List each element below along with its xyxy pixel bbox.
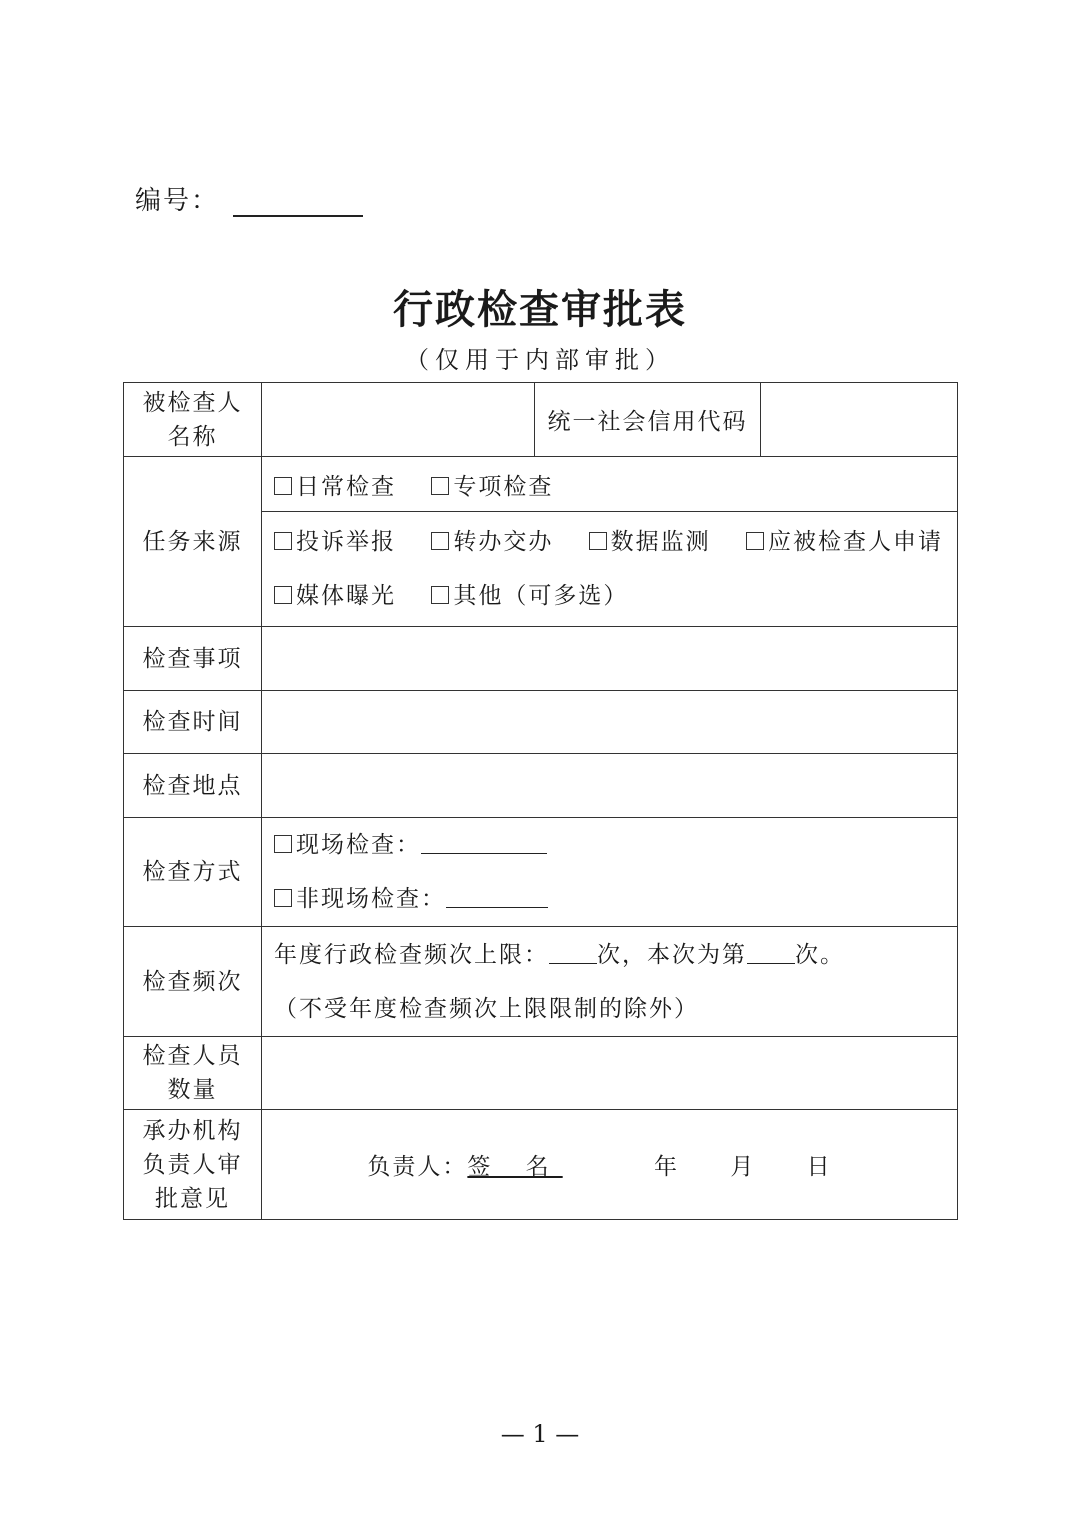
table-row: 任务来源 日常检查 专项检查: [124, 457, 958, 512]
checkbox-media[interactable]: 媒体曝光: [274, 583, 396, 609]
page-subtitle: （仅用于内部审批）: [0, 340, 1080, 375]
approval-form-table: 被检查人 名称 统一社会信用代码 任务来源 日常检查 专项检查 投诉举报 转办交…: [123, 382, 958, 1220]
approval-signature-field[interactable]: 负责人：签 名 年 月 日: [262, 1110, 958, 1220]
checkbox-icon[interactable]: [274, 889, 292, 907]
inspector-count-field[interactable]: [262, 1037, 958, 1110]
checkbox-onsite[interactable]: 现场检查：: [274, 818, 957, 872]
serial-label: 编号：: [135, 186, 219, 216]
page-title: 行政检查审批表: [0, 278, 1080, 335]
current-count-blank[interactable]: [747, 943, 795, 964]
checkbox-icon[interactable]: [431, 532, 449, 550]
inspector-count-label: 检查人员 数量: [124, 1037, 262, 1110]
table-row: 检查频次 年度行政检查频次上限：次，本次为第次。 （不受年度检查频次上限限制的除…: [124, 927, 958, 1037]
inspection-frequency-label: 检查频次: [124, 927, 262, 1037]
inspection-time-field[interactable]: [262, 691, 958, 754]
serial-number: 编号：: [135, 180, 363, 217]
onsite-blank[interactable]: [421, 833, 547, 854]
inspection-item-label: 检查事项: [124, 627, 262, 691]
checkbox-icon[interactable]: [274, 532, 292, 550]
checkbox-routine[interactable]: 日常检查: [274, 474, 396, 500]
checkbox-icon[interactable]: [274, 586, 292, 604]
offsite-blank[interactable]: [446, 887, 548, 908]
table-row: 检查时间: [124, 691, 958, 754]
inspectee-name-label: 被检查人 名称: [124, 383, 262, 457]
approval-label: 承办机构 负责人审 批意见: [124, 1110, 262, 1220]
inspection-place-label: 检查地点: [124, 754, 262, 818]
checkbox-inspectee-request[interactable]: 应被检查人申请: [746, 529, 943, 555]
table-row: 检查人员 数量: [124, 1037, 958, 1110]
checkbox-other[interactable]: 其他（可多选）: [431, 583, 628, 609]
inspection-time-label: 检查时间: [124, 691, 262, 754]
checkbox-icon[interactable]: [431, 586, 449, 604]
table-row: 检查地点: [124, 754, 958, 818]
table-row: 检查事项: [124, 627, 958, 691]
inspection-method-label: 检查方式: [124, 818, 262, 927]
task-source-label: 任务来源: [124, 457, 262, 627]
annual-limit-blank[interactable]: [549, 943, 597, 964]
checkbox-complaint[interactable]: 投诉举报: [274, 529, 396, 555]
table-row: 被检查人 名称 统一社会信用代码: [124, 383, 958, 457]
inspection-method-options: 现场检查： 非现场检查：: [262, 818, 958, 927]
checkbox-transferred[interactable]: 转办交办: [431, 529, 553, 555]
inspectee-name-field[interactable]: [262, 383, 535, 457]
checkbox-special[interactable]: 专项检查: [431, 474, 553, 500]
checkbox-icon[interactable]: [431, 477, 449, 495]
inspection-item-field[interactable]: [262, 627, 958, 691]
page-number: — 1 —: [0, 1420, 1080, 1448]
checkbox-icon[interactable]: [589, 532, 607, 550]
task-source-line1: 日常检查 专项检查: [262, 457, 958, 512]
checkbox-data-monitoring[interactable]: 数据监测: [589, 529, 711, 555]
checkbox-icon[interactable]: [274, 477, 292, 495]
table-row: 检查方式 现场检查： 非现场检查：: [124, 818, 958, 927]
checkbox-icon[interactable]: [274, 835, 292, 853]
frequency-note: （不受年度检查频次上限限制的除外）: [274, 982, 957, 1036]
checkbox-icon[interactable]: [746, 532, 764, 550]
checkbox-offsite[interactable]: 非现场检查：: [274, 872, 957, 926]
table-row: 承办机构 负责人审 批意见 负责人：签 名 年 月 日: [124, 1110, 958, 1220]
task-source-line2: 投诉举报 转办交办 数据监测 应被检查人申请 媒体曝光 其他（可多选）: [262, 512, 958, 627]
credit-code-label: 统一社会信用代码: [535, 383, 761, 457]
credit-code-field[interactable]: [761, 383, 958, 457]
signature-line[interactable]: 签 名: [467, 1154, 562, 1180]
serial-blank[interactable]: [233, 193, 363, 217]
inspection-place-field[interactable]: [262, 754, 958, 818]
inspection-frequency-content: 年度行政检查频次上限：次，本次为第次。 （不受年度检查频次上限限制的除外）: [262, 927, 958, 1037]
